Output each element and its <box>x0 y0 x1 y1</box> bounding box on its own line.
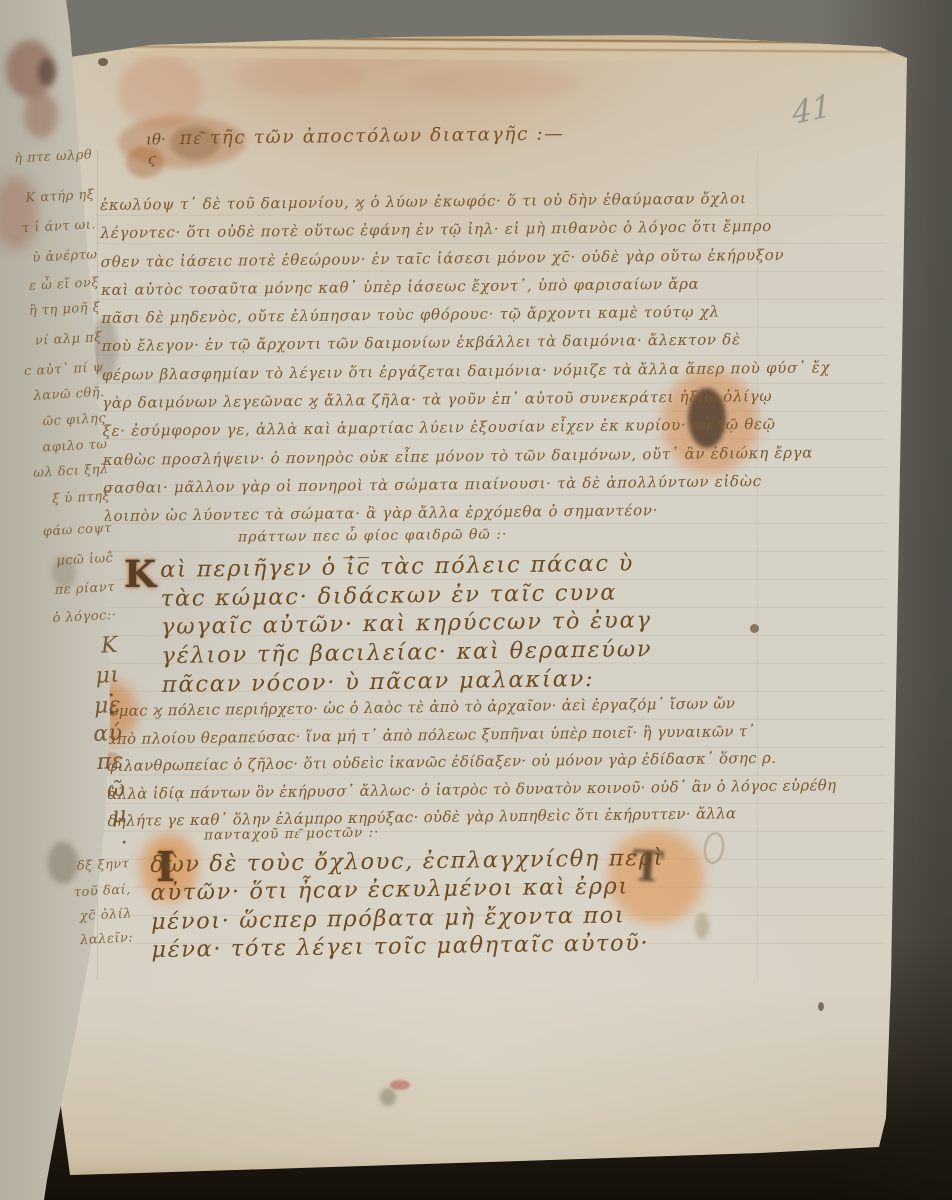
facing-text-fragment: ὴ πτε ωλρθ <box>14 147 93 166</box>
facing-text-fragment: ξ ὑ πτηξ <box>52 489 111 507</box>
facing-text-fragment: ἢ τη μοῆ ξ <box>29 300 101 319</box>
facing-text-fragment: λανῶ ϲθῆ. <box>33 385 105 404</box>
page-stack-edges <box>62 23 908 63</box>
illuminated-initial-kappa-1: Κ <box>124 552 156 596</box>
stain-number-halo <box>126 146 164 178</box>
ink-fleck-bottom <box>818 1002 824 1011</box>
folio-number-pencil: 41 <box>791 88 832 132</box>
commentary-block-2: ὤμαϲ ϗ πόλειϲ περιήρχετο· ὡϲ ὁ λαὸϲ τὲ ἀ… <box>106 689 837 836</box>
ink-fleck-top <box>98 58 108 66</box>
facing-text-fragment: πε <box>96 749 125 775</box>
facing-text-fragment: ε ὦ εἴ ονξ <box>29 275 100 294</box>
commentary-2-tail-line: πανταχοῦ πε͂ μοϲτῶν :· <box>204 824 380 843</box>
facing-text-fragment: Κ <box>100 633 118 659</box>
facing-text-fragment: ῶ <box>106 777 126 803</box>
facing-text-fragment: τοῦ δαί, <box>74 882 132 900</box>
facing-text-fragment: μ <box>111 802 127 828</box>
facing-text-fragment: με <box>93 693 121 719</box>
facing-text-fragment: αφιλο τω <box>42 437 108 455</box>
manuscript-page: T 41 ιθ·πε͂ τῆϲ τῶν ἀποϲτόλων διαταγῆϲ :… <box>0 0 952 1200</box>
facing-text-fragment: ωλ δϲι ξηλ <box>33 462 109 481</box>
facing-text-fragment: νί αλμ πξ <box>35 330 103 348</box>
commentary-block-1: ἐκωλύοψ τ᾿ δὲ τοῦ δαιμονίου, ϗ ὁ λύων ἐκ… <box>100 183 832 530</box>
facing-text-fragment: χϲ̄ ὀλίλ <box>79 906 132 924</box>
manuscript-photo: T 41 ιθ·πε͂ τῆϲ τῶν ἀποϲτόλων διαταγῆϲ :… <box>0 0 952 1200</box>
stain-pink-top <box>118 56 202 128</box>
grey-blot-bottom <box>380 1088 396 1106</box>
facing-text-fragment: πε ρίαντ <box>54 580 115 598</box>
header-sub-mark: ϛ <box>148 152 156 168</box>
facing-text-fragment: ὁ λόγοϲ:· <box>52 608 117 626</box>
facing-text-fragment: · <box>120 830 129 855</box>
chapter-margin-number: ιθ· <box>146 130 166 148</box>
stain-speckle-top1 <box>236 58 366 96</box>
facing-text-fragment: Κ ατήρ ηξ <box>25 187 95 206</box>
chapter-title: πε͂ τῆϲ τῶν ἀποϲτόλων διαταγῆϲ :— <box>180 123 565 149</box>
facing-text-fragment: μϲῶ ἰωϲ̐ <box>56 551 114 569</box>
facing-text-fragment: ὺ ἀνέρτω <box>32 247 98 265</box>
red-smear-bottom <box>390 1080 410 1090</box>
facing-text-fragment: δξ ξηντ <box>76 856 129 874</box>
facing-text-fragment: ῶϲ φιλης <box>42 411 106 429</box>
facing-text-fragment: φάω ϲοψτ <box>42 521 112 540</box>
facing-text-fragment: αύ <box>93 721 124 747</box>
stain-speckle-top2 <box>410 68 580 100</box>
gospel-block-2: δὼν δὲ τοὺϲ ὄχλουϲ, ἐϲπλαγχνίϲθη περὶαὐτ… <box>150 844 665 965</box>
facing-text-fragment: λαλεῖν: <box>80 930 134 948</box>
chapter-header: ιθ·πε͂ τῆϲ τῶν ἀποϲτόλων διαταγῆϲ :— <box>146 123 565 150</box>
gospel-block-1: αὶ περιῆγεν ὁ ἰ̅ϲ̅ τὰϲ πόλειϲ πάϲαϲ ὺτὰϲ… <box>160 549 653 699</box>
facing-text-fragment: ϲ αὐτ᾿ πί ψ <box>24 360 104 379</box>
facing-text-fragment: μι <box>95 663 120 689</box>
facing-text-fragment: τ ἰ άντ ωι. <box>22 217 97 236</box>
commentary-1-tail-line: πράττων πεϲ ὦ φίοϲ φαιδρῶ θῶ :· <box>238 527 508 546</box>
